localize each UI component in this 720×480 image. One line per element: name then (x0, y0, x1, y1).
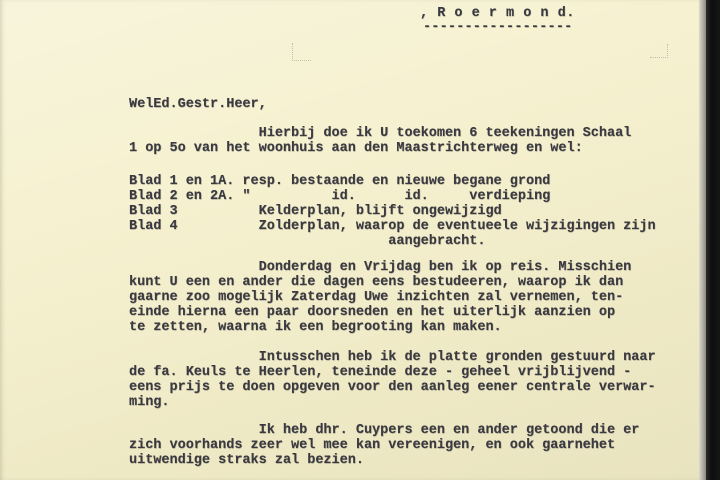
text-line: Hierbij doe ik U toekomen 6 teekeningen … (129, 126, 631, 141)
scanner-background (706, 0, 720, 480)
text-line: Ik heb dhr. Cuypers een en ander getoond… (129, 423, 639, 438)
text-line: uitwendige straks zal bezien. (129, 453, 639, 468)
paragraph-central-heating: Intusschen heb ik de platte gronden gest… (129, 350, 656, 410)
text-line: einde hierna een paar doorsneden en het … (129, 305, 631, 320)
text-line: Donderdag en Vrijdag ben ik op reis. Mis… (129, 260, 631, 275)
paragraph-cuypers: Ik heb dhr. Cuypers een en ander getoond… (129, 423, 639, 468)
text-line: zich voorhands zeer wel mee kan vereenig… (129, 438, 639, 453)
paragraph-travel-plans: Donderdag en Vrijdag ben ik op reis. Mis… (129, 260, 631, 335)
text-line: aangebracht. (129, 234, 656, 249)
text-line: 1 op 5o van het woonhuis aan den Maastri… (129, 141, 631, 156)
fold-mark-left-icon (292, 43, 311, 61)
text-line: Blad 3 Kelderplan, blijft ongewijzigd (129, 204, 656, 219)
text-line: ming. (129, 395, 656, 410)
place-name-underline: ------------------ (423, 20, 572, 35)
place-name: , R o e r m o n d. (420, 6, 575, 21)
text-line: Intusschen heb ik de platte gronden gest… (129, 350, 656, 365)
paragraph-intro: Hierbij doe ik U toekomen 6 teekeningen … (129, 126, 631, 156)
text-line: gaarne zoo mogelijk Zaterdag Uwe inzicht… (129, 290, 631, 305)
fold-mark-right-icon (650, 44, 668, 58)
paper-right-edge (699, 0, 706, 480)
text-line: Blad 2 en 2A. " id. id. verdieping (129, 189, 656, 204)
salutation: WelEd.Gestr.Heer, (129, 97, 267, 112)
text-line: eens prijs te doen opgeven voor den aanl… (129, 380, 656, 395)
letter-paper: , R o e r m o n d. ------------------ We… (0, 0, 699, 480)
text-line: Blad 1 en 1A. resp. bestaande en nieuwe … (129, 174, 656, 189)
text-line: de fa. Keuls te Heerlen, teneinde deze -… (129, 365, 656, 380)
paragraph-blad-list: Blad 1 en 1A. resp. bestaande en nieuwe … (129, 174, 656, 249)
text-line: kunt U een en ander die dagen eens bestu… (129, 275, 631, 290)
text-line: Blad 4 Zolderplan, waarop de eventueele … (129, 219, 656, 234)
text-line: te zetten, waarna ik een begrooting kan … (129, 320, 631, 335)
